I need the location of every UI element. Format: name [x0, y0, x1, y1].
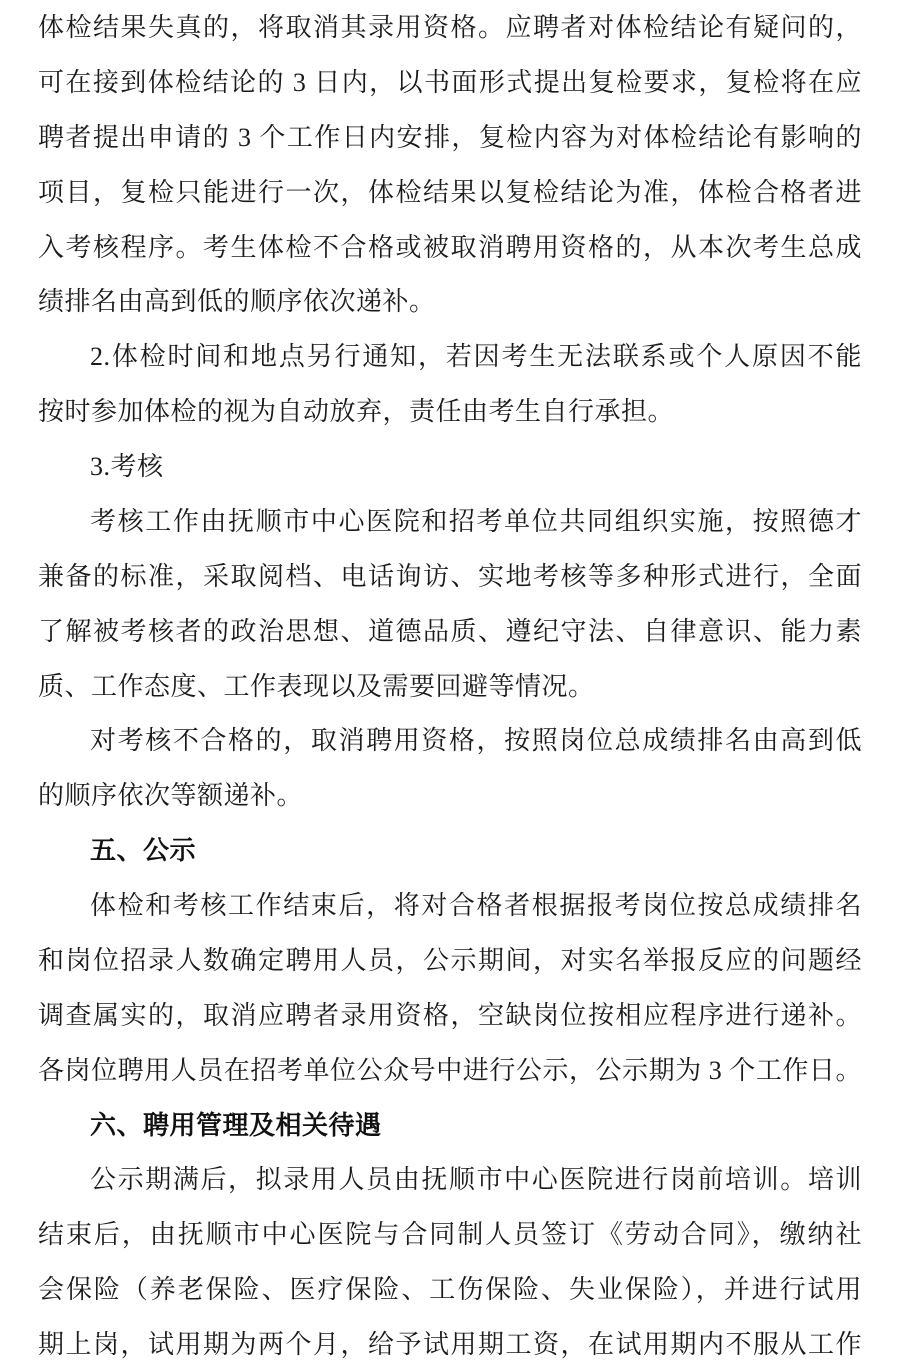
para-assessment-process: 考核工作由抚顺市中心医院和招考单位共同组织实施，按照德才兼备的标准，采取阅档、电… [38, 495, 862, 715]
text-line: 质、工作态度、工作表现以及需要回避等情况。 [38, 660, 862, 715]
text-line: 结束后，由抚顺市中心医院与合同制人员签订《劳动合同》，缴纳社 [38, 1208, 862, 1263]
text-line: 体检结果失真的，将取消其录用资格。应聘者对体检结论有疑问的， [38, 1, 862, 56]
text-line: 考核工作由抚顺市中心医院和招考单位共同组织实施，按照德才 [38, 495, 862, 550]
text-line: 期上岗，试用期为两个月，给予试用期工资，在试用期内不服从工作 [38, 1318, 862, 1372]
document-content: 体检结果失真的，将取消其录用资格。应聘者对体检结论有疑问的，可在接到体检结论的 … [0, 0, 900, 1372]
text-line: 聘者提出申请的 3 个工作日内安排，复检内容为对体检结论有影响的 [38, 111, 862, 166]
heading-line: 六、聘用管理及相关待遇 [38, 1099, 862, 1154]
para-recheck-rules: 体检结果失真的，将取消其录用资格。应聘者对体检结论有疑问的，可在接到体检结论的 … [38, 1, 862, 330]
text-line: 按时参加体检的视为自动放弃，责任由考生自行承担。 [38, 385, 862, 440]
para-assessment-fail: 对考核不合格的，取消聘用资格，按照岗位总成绩排名由高到低的顺序依次等额递补。 [38, 714, 862, 824]
text-line: 绩排名由高到低的顺序依次递补。 [38, 275, 862, 330]
text-line: 可在接到体检结论的 3 日内，以书面形式提出复检要求，复检将在应 [38, 56, 862, 111]
text-line: 体检和考核工作结束后，将对合格者根据报考岗位按总成绩排名 [38, 879, 862, 934]
para-employment-training: 公示期满后，拟录用人员由抚顺市中心医院进行岗前培训。培训结束后，由抚顺市中心医院… [38, 1153, 862, 1372]
para-medical-exam-time: 2.体检时间和地点另行通知，若因考生无法联系或个人原因不能按时参加体检的视为自动… [38, 330, 862, 440]
para-publicity-process: 体检和考核工作结束后，将对合格者根据报考岗位按总成绩排名和岗位招录人数确定聘用人… [38, 879, 862, 1099]
document-page: 体检结果失真的，将取消其录用资格。应聘者对体检结论有疑问的，可在接到体检结论的 … [0, 0, 900, 1372]
text-line: 入考核程序。考生体检不合格或被取消聘用资格的，从本次考生总成 [38, 221, 862, 276]
heading-section-5-publicity: 五、公示 [38, 824, 862, 879]
heading-section-6-employment: 六、聘用管理及相关待遇 [38, 1099, 862, 1154]
text-line: 的顺序依次等额递补。 [38, 769, 862, 824]
text-line: 会保险（养老保险、医疗保险、工伤保险、失业保险），并进行试用 [38, 1263, 862, 1318]
text-line: 3.考核 [38, 440, 862, 495]
text-line: 项目，复检只能进行一次，体检结果以复检结论为准，体检合格者进 [38, 166, 862, 221]
text-line: 2.体检时间和地点另行通知，若因考生无法联系或个人原因不能 [38, 330, 862, 385]
para-item-assessment: 3.考核 [38, 440, 862, 495]
text-line: 调查属实的，取消应聘者录用资格，空缺岗位按相应程序进行递补。 [38, 989, 862, 1044]
text-line: 公示期满后，拟录用人员由抚顺市中心医院进行岗前培训。培训 [38, 1153, 862, 1208]
text-line: 兼备的标准，采取阅档、电话询访、实地考核等多种形式进行，全面 [38, 550, 862, 605]
text-line: 各岗位聘用人员在招考单位公众号中进行公示，公示期为 3 个工作日。 [38, 1044, 862, 1099]
text-line: 对考核不合格的，取消聘用资格，按照岗位总成绩排名由高到低 [38, 714, 862, 769]
text-line: 了解被考核者的政治思想、道德品质、遵纪守法、自律意识、能力素 [38, 605, 862, 660]
heading-line: 五、公示 [38, 824, 862, 879]
text-line: 和岗位招录人数确定聘用人员，公示期间，对实名举报反应的问题经 [38, 934, 862, 989]
